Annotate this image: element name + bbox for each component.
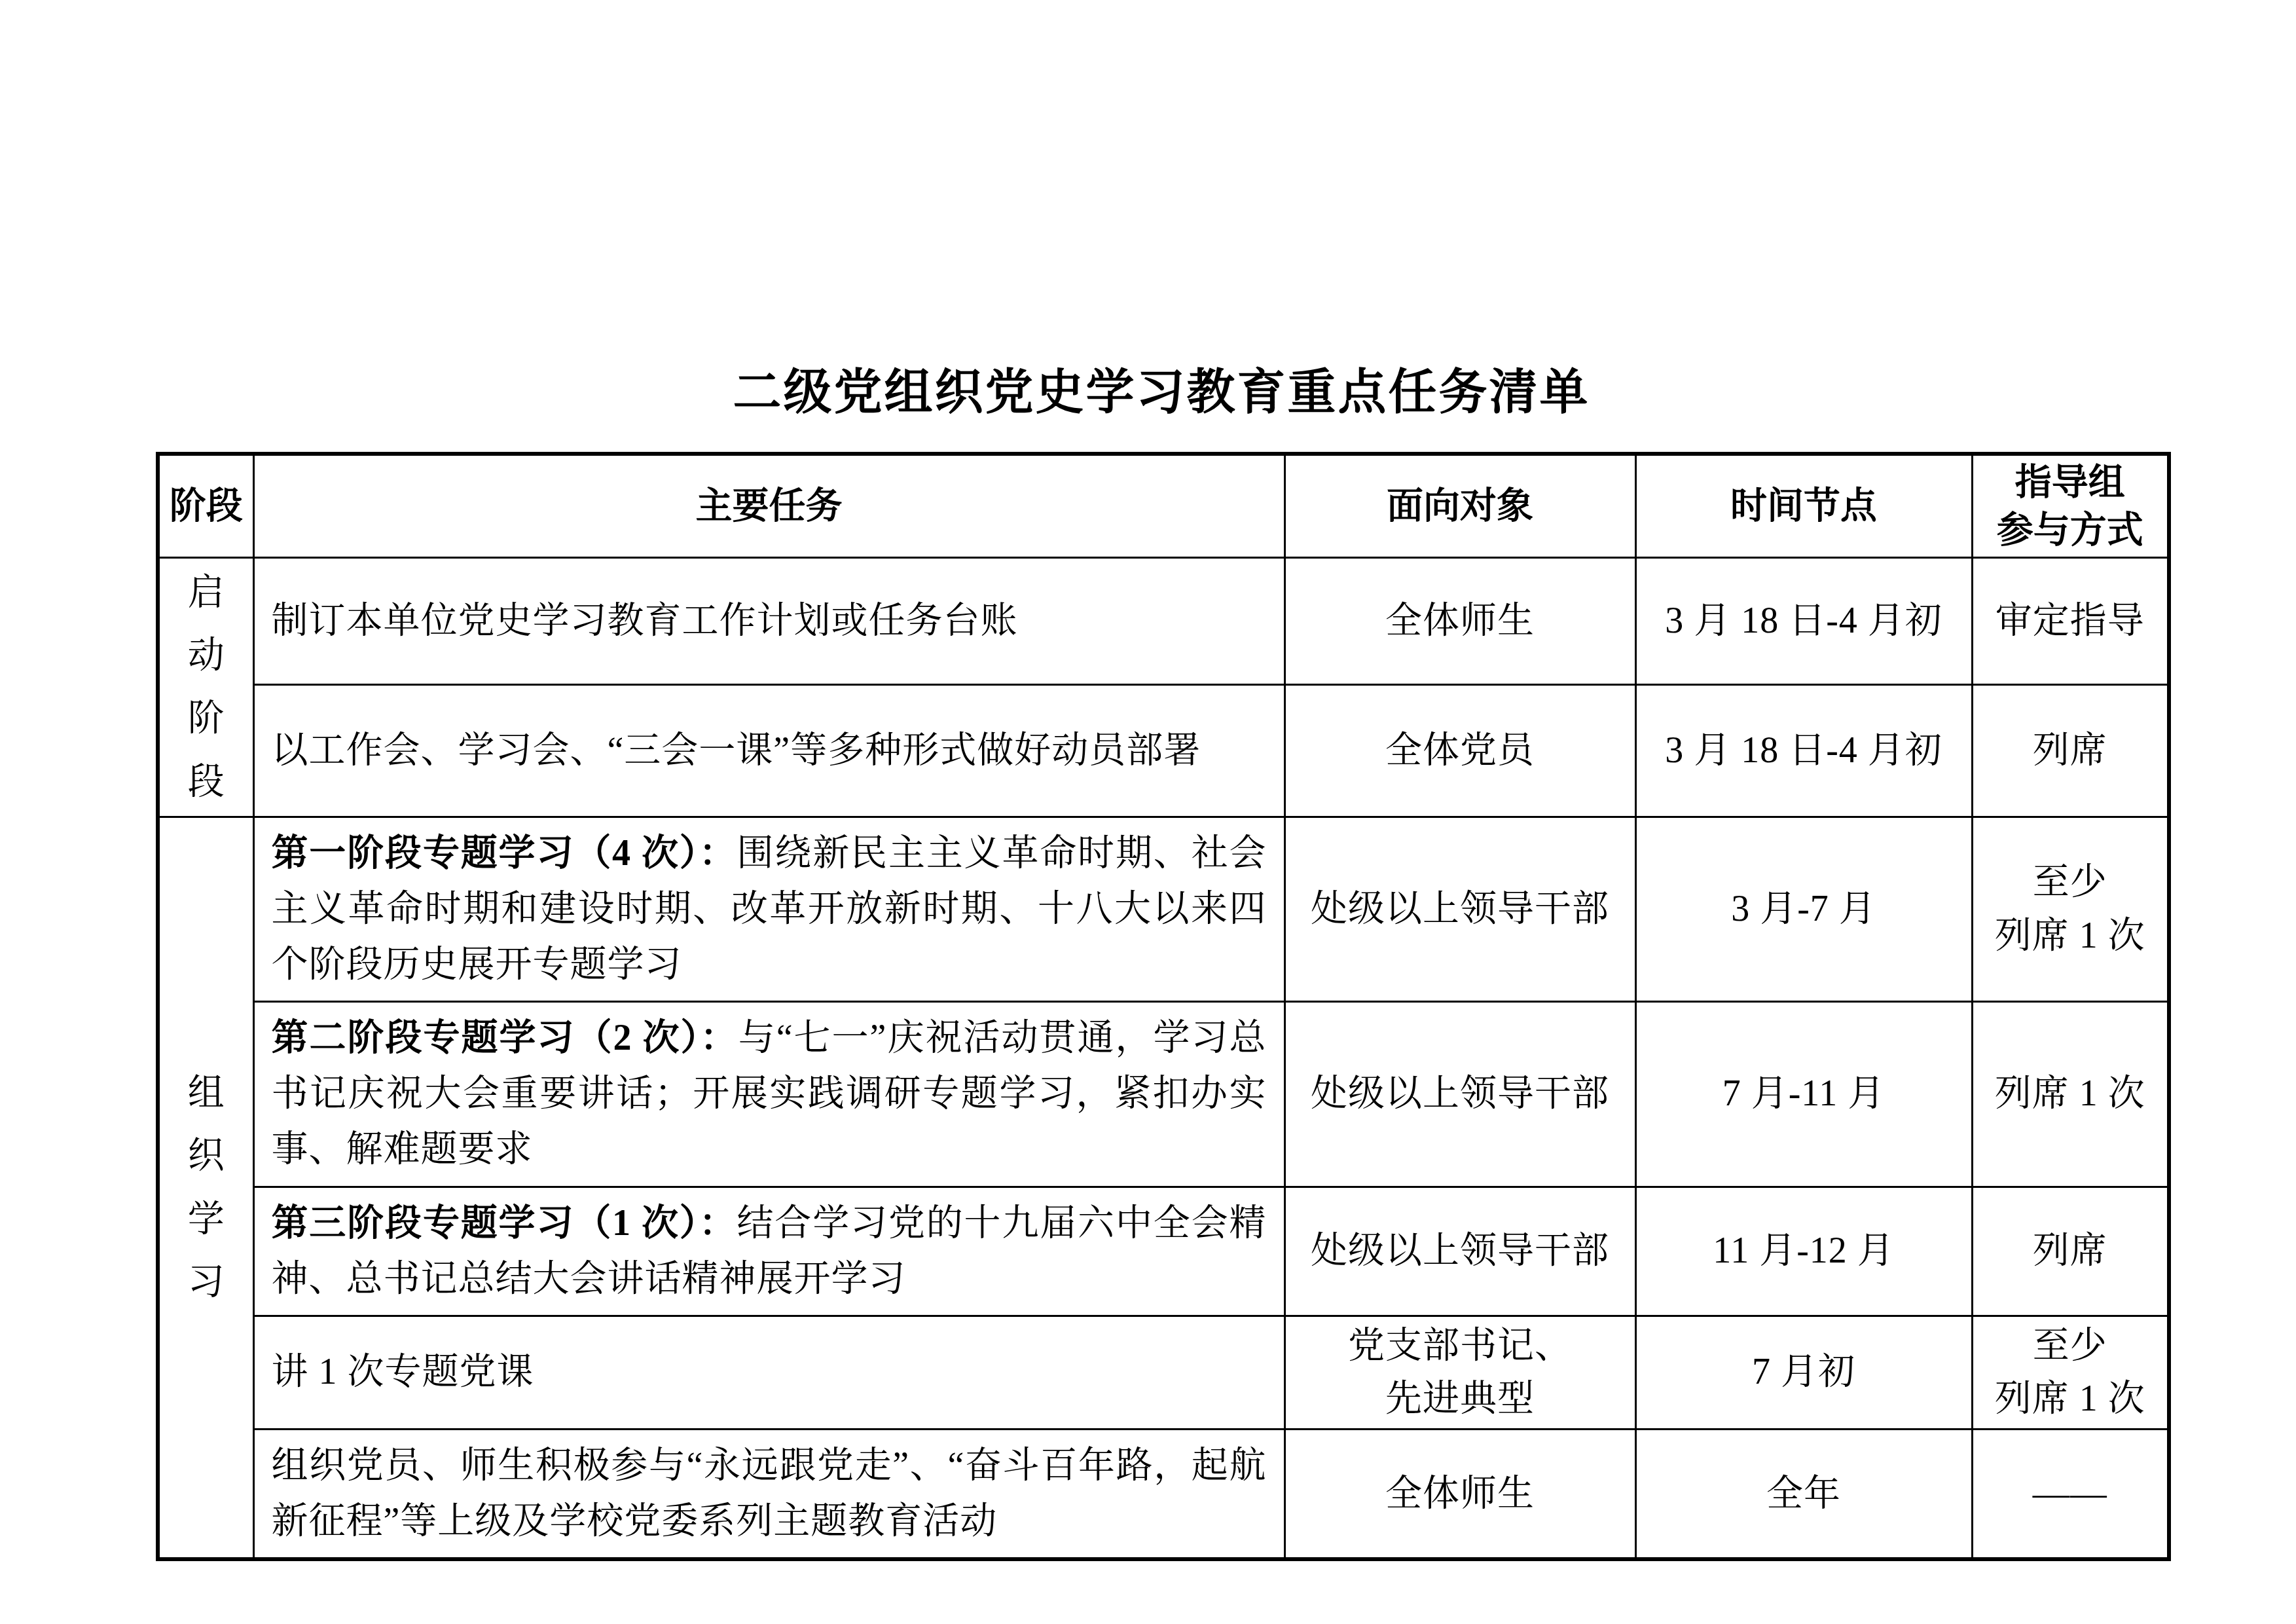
table-row: 以工作会、学习会、“三会一课”等多种形式做好动员部署 全体党员 3 月 18 日… <box>158 684 2169 817</box>
time-cell: 3 月 18 日-4 月初 <box>1635 557 1972 684</box>
time-cell: 7 月初 <box>1635 1316 1972 1429</box>
time-cell: 11 月-12 月 <box>1635 1187 1972 1316</box>
task-text: 讲 1 次专题党课 <box>272 1352 534 1392</box>
header-cell-audience: 面向对象 <box>1285 454 1635 557</box>
task-bold-text: 第三阶段专题学习（1 次）： <box>272 1203 737 1244</box>
table-row: 第三阶段专题学习（1 次）：结合学习党的十九届六中全会精神、总书记总结大会讲话精… <box>158 1187 2169 1316</box>
time-cell: 7 月-11 月 <box>1635 1002 1972 1187</box>
task-cell: 讲 1 次专题党课 <box>253 1316 1285 1429</box>
task-text: 以工作会、学习会、“三会一课”等多种形式做好动员部署 <box>272 730 1201 771</box>
table-row: 启 动 阶 段 制订本单位党史学习教育工作计划或任务台账 全体师生 3 月 18… <box>158 557 2169 684</box>
time-cell: 全年 <box>1635 1430 1972 1560</box>
audience-cell: 处级以上领导干部 <box>1285 817 1635 1001</box>
audience-cell: 处级以上领导干部 <box>1285 1002 1635 1187</box>
audience-cell: 处级以上领导干部 <box>1285 1187 1635 1316</box>
task-cell: 第一阶段专题学习（4 次）：围绕新民主主义革命时期、社会主义革命时期和建设时期、… <box>253 817 1285 1001</box>
table-row: 讲 1 次专题党课 党支部书记、 先进典型 7 月初 至少 列席 1 次 <box>158 1316 2169 1429</box>
task-text: 组织党员、师生积极参与“永远跟党走”、“奋斗百年路，起航新征程”等上级及学校党委… <box>272 1445 1267 1541</box>
participation-cell: 至少 列席 1 次 <box>1972 817 2169 1001</box>
participation-cell: 至少 列席 1 次 <box>1972 1316 2169 1429</box>
table-row: 组织党员、师生积极参与“永远跟党走”、“奋斗百年路，起航新征程”等上级及学校党委… <box>158 1430 2169 1560</box>
task-bold-text: 第一阶段专题学习（4 次）： <box>272 833 737 874</box>
page-title: 二级党组织党史学习教育重点任务清单 <box>156 354 2167 423</box>
table-row: 第二阶段专题学习（2 次）：与“七一”庆祝活动贯通，学习总书记庆祝大会重要讲话；… <box>158 1002 2169 1187</box>
participation-cell: 列席 1 次 <box>1972 1002 2169 1187</box>
header-row: 阶段 主要任务 面向对象 时间节点 指导组 参与方式 <box>158 454 2169 557</box>
header-cell-time: 时间节点 <box>1635 454 1972 557</box>
participation-cell: 审定指导 <box>1972 557 2169 684</box>
task-cell: 制订本单位党史学习教育工作计划或任务台账 <box>253 557 1285 684</box>
task-table: 阶段 主要任务 面向对象 时间节点 指导组 参与方式 启 动 阶 段 制订本单位… <box>156 452 2171 1561</box>
audience-cell: 党支部书记、 先进典型 <box>1285 1316 1635 1429</box>
participation-cell: 列席 <box>1972 1187 2169 1316</box>
stage-cell-launch: 启 动 阶 段 <box>158 557 253 817</box>
audience-cell: 全体党员 <box>1285 684 1635 817</box>
task-cell: 第二阶段专题学习（2 次）：与“七一”庆祝活动贯通，学习总书记庆祝大会重要讲话；… <box>253 1002 1285 1187</box>
header-cell-stage: 阶段 <box>158 454 253 557</box>
document-page: { "page": { "title": "二级党组织党史学习教育重点任务清单"… <box>0 0 2296 1624</box>
audience-cell: 全体师生 <box>1285 557 1635 684</box>
time-cell: 3 月 18 日-4 月初 <box>1635 684 1972 817</box>
task-cell: 以工作会、学习会、“三会一课”等多种形式做好动员部署 <box>253 684 1285 817</box>
participation-cell: —— <box>1972 1430 2169 1560</box>
table-row: 组 织 学 习 第一阶段专题学习（4 次）：围绕新民主主义革命时期、社会主义革命… <box>158 817 2169 1001</box>
audience-cell: 全体师生 <box>1285 1430 1635 1560</box>
time-cell: 3 月-7 月 <box>1635 817 1972 1001</box>
participation-cell: 列席 <box>1972 684 2169 817</box>
task-cell: 组织党员、师生积极参与“永远跟党走”、“奋斗百年路，起航新征程”等上级及学校党委… <box>253 1430 1285 1560</box>
task-bold-text: 第二阶段专题学习（2 次）： <box>272 1018 738 1058</box>
task-table-container: 阶段 主要任务 面向对象 时间节点 指导组 参与方式 启 动 阶 段 制订本单位… <box>156 452 2171 1561</box>
task-text: 制订本单位党史学习教育工作计划或任务台账 <box>272 600 1018 641</box>
stage-cell-study: 组 织 学 习 <box>158 817 253 1559</box>
header-cell-task: 主要任务 <box>253 454 1285 557</box>
header-cell-participation: 指导组 参与方式 <box>1972 454 2169 557</box>
task-cell: 第三阶段专题学习（1 次）：结合学习党的十九届六中全会精神、总书记总结大会讲话精… <box>253 1187 1285 1316</box>
